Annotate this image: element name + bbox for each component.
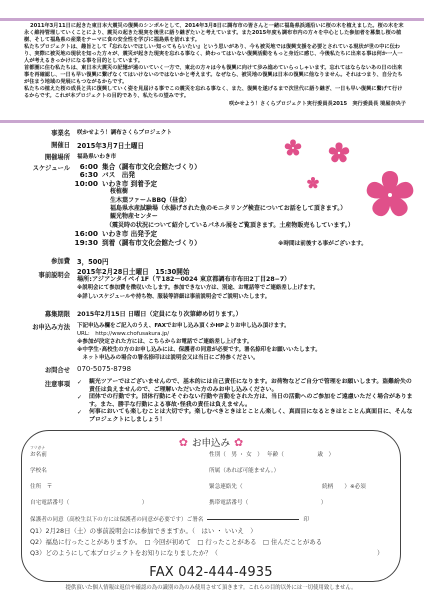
schedule-item: 16:00いわき市 出発予定 xyxy=(70,230,354,238)
schedule-list: 6:00集合（調布市文化会館たづくり） 6:30バス 出発 10:00いわき市 … xyxy=(70,163,354,247)
form-title: ✿お申込み✿ xyxy=(22,435,400,449)
label: お申込み方法 xyxy=(18,322,70,331)
schedule-stop: （震災時の状況について紹介しているパネル展をご覧頂きます。土産物販売もしています… xyxy=(70,222,354,230)
phone-number: 070-5075-8798 xyxy=(77,365,131,373)
intro-paragraph: 私たちプロジェクトは、趣旨として『忘れないでほしい･知ってもらいたい』という思い… xyxy=(24,44,406,65)
school-field[interactable]: 学校名 xyxy=(30,466,47,474)
label: お問合せ xyxy=(18,365,70,374)
intro-paragraph: 私たちの植えた桜の成長と共に復興していく姿を見届ける事でこの震災を忘れる事なく、… xyxy=(24,86,406,100)
notice-item: ✓観光ツアーではございませんので、基本的には自己責任になります。お荷物などご自分… xyxy=(77,379,413,394)
label: スケジュール xyxy=(18,163,70,172)
value: 咲かせよう！調布さくらプロジェクト xyxy=(77,128,172,136)
signature-line xyxy=(207,519,299,520)
schedule-stop: 観光物産センター xyxy=(70,213,354,221)
gender-field[interactable]: 性別（ 男 ・ 女 ） xyxy=(209,450,263,458)
label: 注意事項 xyxy=(18,379,70,388)
label: 開催日 xyxy=(18,140,70,149)
intro-message: 2011年3月11日に起きた東日本大震災の復興のシンボルとして、2014年3月8… xyxy=(24,23,406,108)
blossom-icon: ✿ xyxy=(234,436,243,449)
apply-lines: 下記申込み欄をご記入のうえ、FAXでお申し込み頂くかHPよりお申し込み頂けます。… xyxy=(77,322,321,362)
schedule-item: 10:00いわき市 到着予定 xyxy=(70,180,354,188)
schedule-stop: 生木葉ファームBBQ（昼食） xyxy=(70,197,354,205)
affiliation-field[interactable]: 所属（あれば可能ません。） xyxy=(209,466,279,474)
relation-field[interactable]: 続柄 ）※必須 xyxy=(322,482,366,490)
privacy-note: 提供頂いた個人情報は返信や確認の為の識別の為のみ使用させて頂きます。これらの目的… xyxy=(22,583,400,591)
application-form: ✿お申込み✿ フリガナ お名前 性別（ 男 ・ 女 ） 年齢（ 歳 ） 学校名 … xyxy=(21,430,401,582)
address-field[interactable]: 住所 〒 xyxy=(30,482,52,490)
bottom-rule xyxy=(0,120,424,123)
question-1[interactable]: Q1）2月28日（土）の事前説明会には参加できますか。（ はい ・ いいえ ） xyxy=(30,526,257,535)
question-3-close: ） xyxy=(377,548,383,557)
value: 2015年3月7日土曜日 xyxy=(77,140,144,150)
mobile-phone-field[interactable]: 携帯電話番号（ ） xyxy=(209,498,326,506)
label: 事前説明会 xyxy=(18,270,70,279)
label: 募集期限 xyxy=(18,309,70,318)
label: 参加費 xyxy=(18,256,70,265)
blossom-icon: ✿ xyxy=(179,436,188,449)
home-phone-field[interactable]: 自宅電話番号（ ） xyxy=(30,498,147,506)
question-3[interactable]: Q3）どのようにして本プロジェクトをお知りになりましたか？（ xyxy=(30,548,218,557)
check-icon: ✓ xyxy=(77,394,82,402)
intro-paragraph: 2011年3月11日に起きた東日本大震災の復興のシンボルとして、2014年3月8… xyxy=(24,23,406,44)
fax-number: FAX 042-444-4935 xyxy=(22,565,400,580)
name-field[interactable]: お名前 xyxy=(30,450,47,458)
value: 3，500円 xyxy=(77,256,109,266)
check-icon: ✓ xyxy=(77,379,82,387)
top-rule xyxy=(0,18,424,21)
check-icon: ✓ xyxy=(77,409,82,417)
guardian-consent-field[interactable]: 保護者の同意（高校生以下の方には保護者の同意が必要です）ご署名印 xyxy=(30,515,309,523)
schedule-stop: 桜植樹 xyxy=(70,188,354,196)
value: 2015年2月15日 日曜日（定員になり次第締め切ります。） xyxy=(77,309,242,318)
age-field[interactable]: 年齢（ 歳 ） xyxy=(267,450,334,458)
notice-item: ✓団体での行動です。団体行動にそぐわない行動や言動をされた方は、当日の活動へのご… xyxy=(77,394,413,409)
value: 福島県いわき市 xyxy=(77,152,116,160)
intro-paragraph: 首都圏に住む私たちは、東日本大震災の記憶が遠のいていく一方で、東北の方々は今も復… xyxy=(24,65,406,86)
question-2[interactable]: Q2）福島に行ったことがありますか。 □ 今回が初めて □ 行ったことがある □… xyxy=(30,537,322,546)
schedule-item: 6:30バス 出発 xyxy=(70,171,354,179)
schedule-note: ※時間は前後する事がございます。 xyxy=(278,239,367,247)
notice-list: ✓観光ツアーではございませんので、基本的には自己責任になります。お荷物などご自分… xyxy=(77,379,413,425)
briefing-lines: 2015年2月28日土曜日 15:30開始 場所:アジアンタイペイ1F（〒182… xyxy=(77,268,319,301)
website-link[interactable]: URL: http://www.chofusakura.jp/ xyxy=(77,330,321,338)
notice-item: ✓何事においても楽しむことは大切です。楽しむべきときはとことん楽しく、真面目にな… xyxy=(77,409,413,424)
signature: 咲かせよう！さくらプロジェクト実行委員長2015 実行委員長 境屋奈央子 xyxy=(24,101,406,108)
emergency-contact-field[interactable]: 緊急連絡先（ xyxy=(209,482,243,490)
label: 事業名 xyxy=(18,128,70,137)
label: 開催場所 xyxy=(18,152,70,161)
